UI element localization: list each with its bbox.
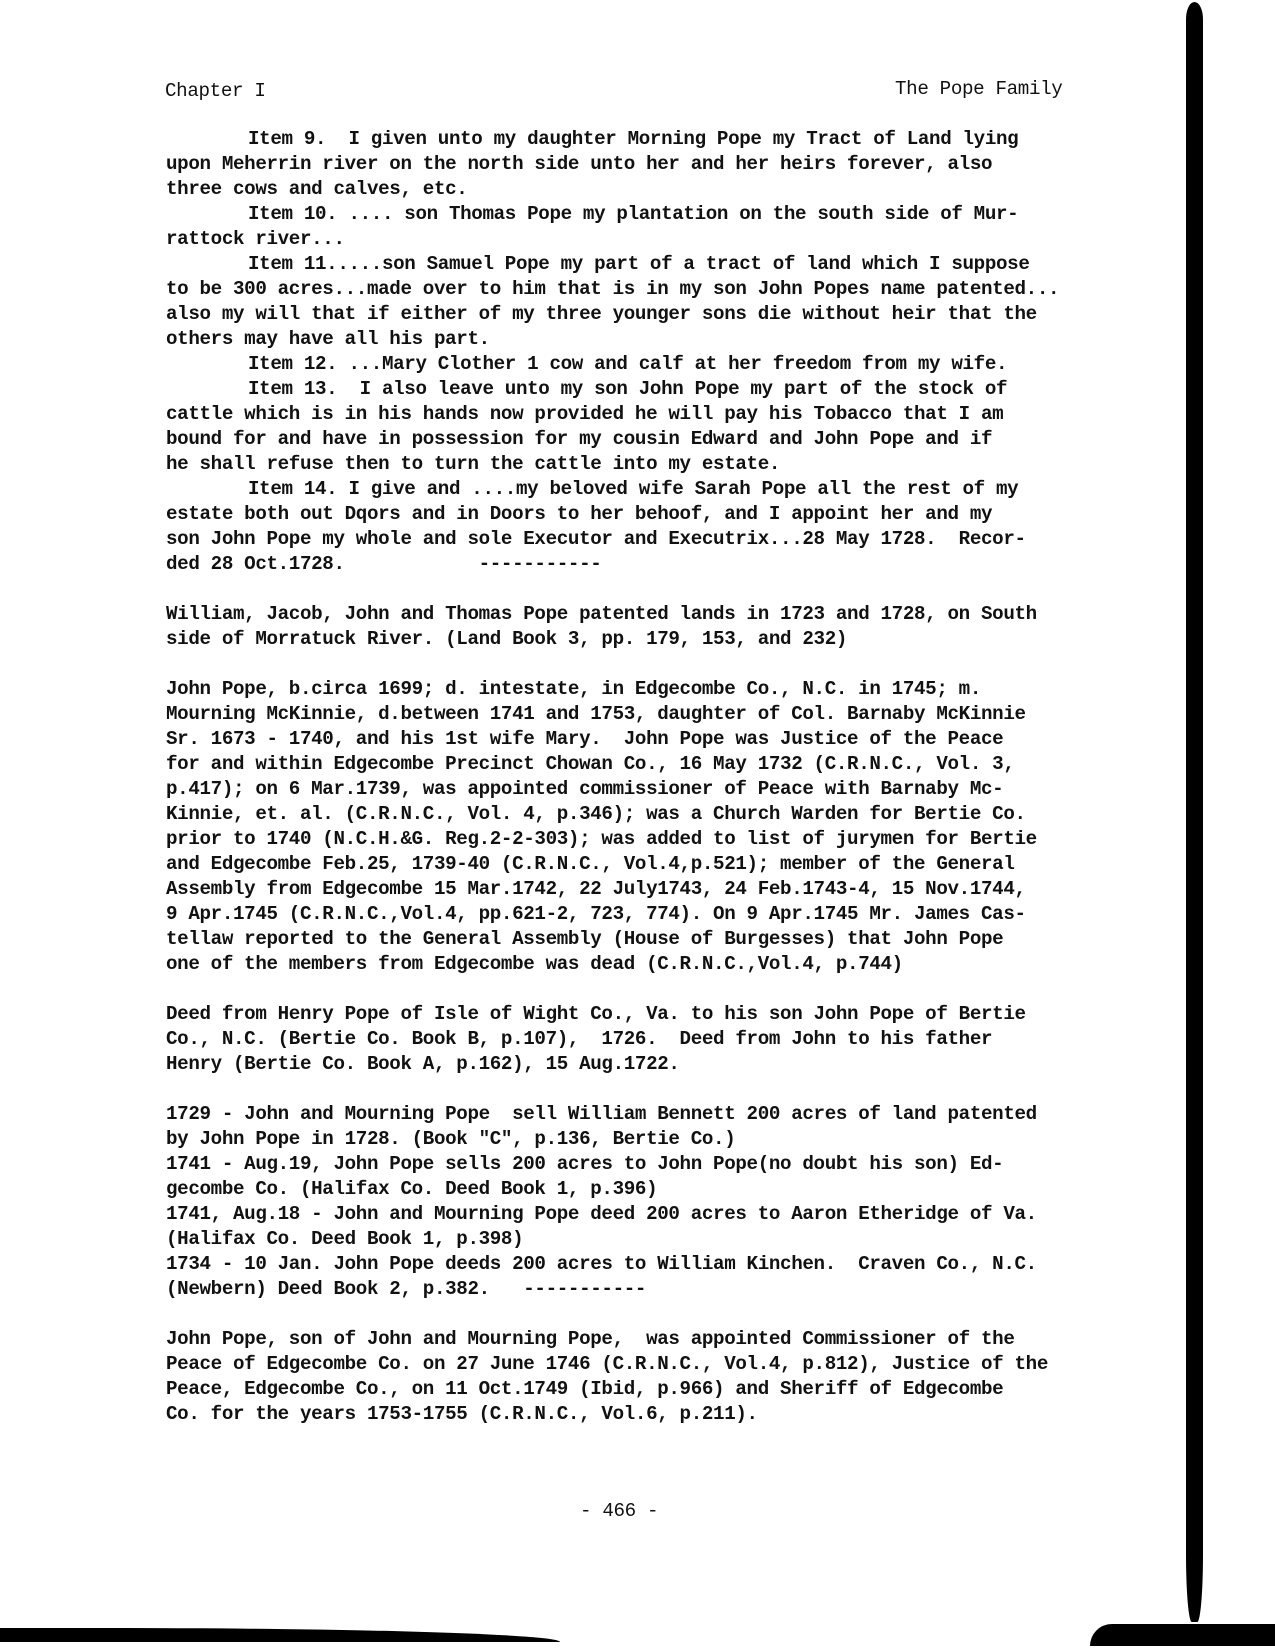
text-line: for and within Edgecombe Precinct Chowan… bbox=[166, 753, 1015, 775]
text-line: John Pope, b.circa 1699; d. intestate, i… bbox=[166, 678, 981, 700]
text-line: 1741 - Aug.19, John Pope sells 200 acres… bbox=[166, 1153, 1003, 1175]
text-line: Peace, Edgecombe Co., on 11 Oct.1749 (Ib… bbox=[166, 1378, 1003, 1400]
text-line: Co., N.C. (Bertie Co. Book B, p.107), 17… bbox=[166, 1028, 992, 1050]
text-line: prior to 1740 (N.C.H.&G. Reg.2-2-303); w… bbox=[166, 828, 1037, 850]
text-line: tellaw reported to the General Assembly … bbox=[166, 928, 1003, 950]
text-line: and Edgecombe Feb.25, 1739-40 (C.R.N.C.,… bbox=[166, 853, 1015, 875]
text-line: Item 9. I given unto my daughter Morning… bbox=[248, 128, 1018, 150]
text-line: p.417); on 6 Mar.1739, was appointed com… bbox=[166, 778, 1003, 800]
text-line: William, Jacob, John and Thomas Pope pat… bbox=[166, 603, 1037, 625]
text-line: side of Morratuck River. (Land Book 3, p… bbox=[166, 628, 847, 650]
text-line: ded 28 Oct.1728. ----------- bbox=[166, 553, 601, 575]
scan-edge-shadow-bottom-left bbox=[0, 1628, 560, 1642]
text-line: 1729 - John and Mourning Pope sell Willi… bbox=[166, 1103, 1037, 1125]
text-line: Assembly from Edgecombe 15 Mar.1742, 22 … bbox=[166, 878, 1026, 900]
text-line: Item 14. I give and ....my beloved wife … bbox=[248, 478, 1018, 500]
text-line: cattle which is in his hands now provide… bbox=[166, 403, 1003, 425]
text-line: 9 Apr.1745 (C.R.N.C.,Vol.4, pp.621-2, 72… bbox=[166, 903, 1026, 925]
text-line: three cows and calves, etc. bbox=[166, 178, 467, 200]
text-line: others may have all his part. bbox=[166, 328, 490, 350]
scan-edge-shadow-right bbox=[1186, 2, 1203, 1622]
text-line: to be 300 acres...made over to him that … bbox=[166, 278, 1059, 300]
text-line: Co. for the years 1753-1755 (C.R.N.C., V… bbox=[166, 1403, 758, 1425]
text-line: son John Pope my whole and sole Executor… bbox=[166, 528, 1026, 550]
text-line: 1734 - 10 Jan. John Pope deeds 200 acres… bbox=[166, 1253, 1037, 1275]
text-line: John Pope, son of John and Mourning Pope… bbox=[166, 1328, 1015, 1350]
document-page: Chapter I The Pope Family Item 9. I give… bbox=[0, 0, 1275, 1649]
text-line: Deed from Henry Pope of Isle of Wight Co… bbox=[166, 1003, 1026, 1025]
chapter-heading: Chapter I bbox=[165, 80, 265, 102]
text-line: by John Pope in 1728. (Book "C", p.136, … bbox=[166, 1128, 735, 1150]
text-line: (Halifax Co. Deed Book 1, p.398) bbox=[166, 1228, 523, 1250]
text-line: upon Meherrin river on the north side un… bbox=[166, 153, 992, 175]
text-line: estate both out Dqors and in Doors to he… bbox=[166, 503, 992, 525]
text-line: Henry (Bertie Co. Book A, p.162), 15 Aug… bbox=[166, 1053, 680, 1075]
text-line: Item 10. .... son Thomas Pope my plantat… bbox=[248, 203, 1018, 225]
text-line: rattock river... bbox=[166, 228, 345, 250]
text-line: he shall refuse then to turn the cattle … bbox=[166, 453, 780, 475]
text-line: bound for and have in possession for my … bbox=[166, 428, 992, 450]
text-line: Item 11.....son Samuel Pope my part of a… bbox=[248, 253, 1030, 275]
text-line: gecombe Co. (Halifax Co. Deed Book 1, p.… bbox=[166, 1178, 657, 1200]
text-line: Item 12. ...Mary Clother 1 cow and calf … bbox=[248, 353, 1007, 375]
text-line: (Newbern) Deed Book 2, p.382. ----------… bbox=[166, 1278, 646, 1300]
text-line: also my will that if either of my three … bbox=[166, 303, 1037, 325]
text-line: Peace of Edgecombe Co. on 27 June 1746 (… bbox=[166, 1353, 1048, 1375]
page-number: - 466 - bbox=[580, 1500, 658, 1522]
text-line: Item 13. I also leave unto my son John P… bbox=[248, 378, 1007, 400]
text-line: Mourning McKinnie, d.between 1741 and 17… bbox=[166, 703, 1026, 725]
text-line: Kinnie, et. al. (C.R.N.C., Vol. 4, p.346… bbox=[166, 803, 1026, 825]
scan-edge-shadow-bottom-right bbox=[1090, 1624, 1275, 1646]
running-title: The Pope Family bbox=[895, 78, 1062, 100]
text-line: Sr. 1673 - 1740, and his 1st wife Mary. … bbox=[166, 728, 1003, 750]
text-line: 1741, Aug.18 - John and Mourning Pope de… bbox=[166, 1203, 1037, 1225]
text-line: one of the members from Edgecombe was de… bbox=[166, 953, 903, 975]
